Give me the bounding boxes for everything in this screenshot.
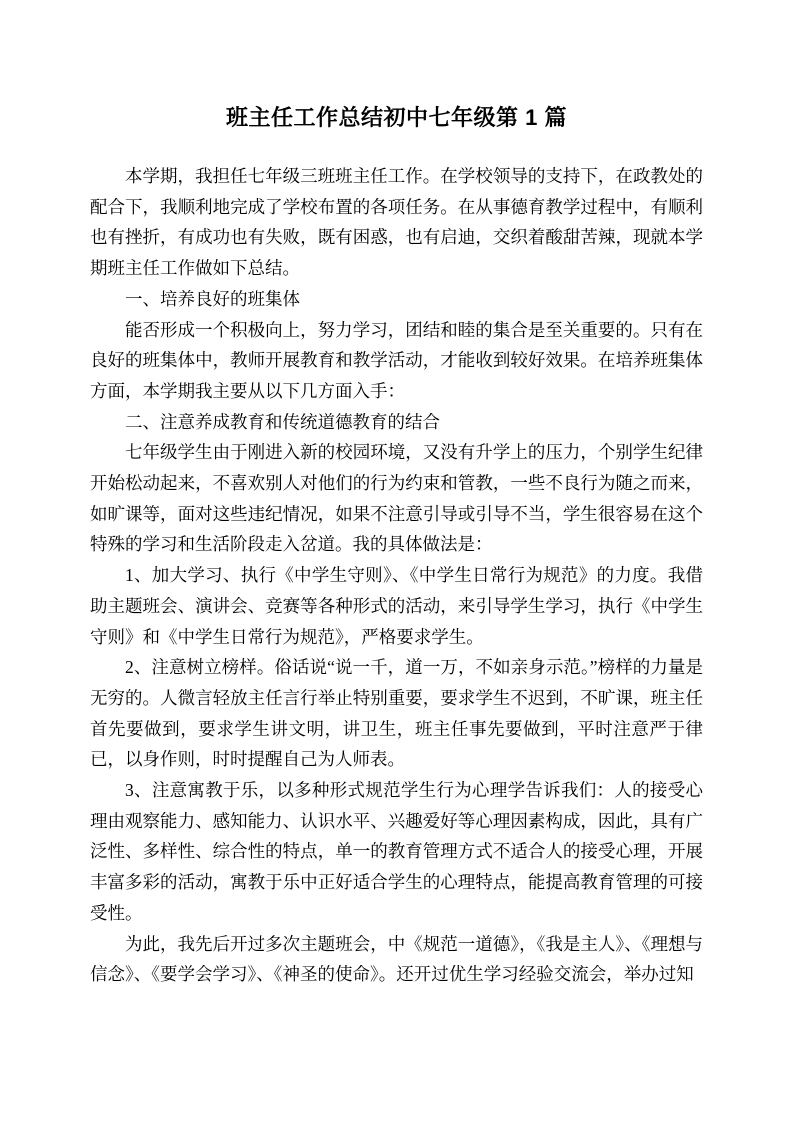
paragraph-intro: 本学期，我担任七年级三班班主任工作。在学校领导的支持下，在政教处的配合下，我顺利… bbox=[90, 161, 703, 284]
paragraph-grade7-discipline: 七年级学生由于刚进入新的校园环境，又没有升学上的压力，个别学生纪律开始松动起来，… bbox=[90, 437, 703, 560]
document-page: 班主任工作总结初中七年级第 1 篇 本学期，我担任七年级三班班主任工作。在学校领… bbox=[0, 0, 793, 1122]
paragraph-method-3-edutainment: 3、注意寓教于乐，以多种形式规范学生行为心理学告诉我们：人的接受心理由观察能力、… bbox=[90, 775, 703, 929]
paragraph-class-meetings: 为此，我先后开过多次主题班会，中《规范一道德》，《我是主人》、《理想与信念》、《… bbox=[90, 929, 703, 990]
heading-section-two: 二、注意养成教育和传统道德教育的结合 bbox=[90, 407, 703, 438]
heading-section-one: 一、培养良好的班集体 bbox=[90, 284, 703, 315]
paragraph-class-collective: 能否形成一个积极向上，努力学习，团结和睦的集合是至关重要的。只有在良好的班集体中… bbox=[90, 315, 703, 407]
paragraph-method-1-rules: 1、加大学习、执行《中学生守则》、《中学生日常行为规范》的力度。我借助主题班会、… bbox=[90, 560, 703, 652]
document-title: 班主任工作总结初中七年级第 1 篇 bbox=[90, 103, 703, 133]
paragraph-method-2-role-model: 2、注意树立榜样。俗话说“说一千，道一万，不如亲身示范。”榜样的力量是无穷的。人… bbox=[90, 652, 703, 775]
